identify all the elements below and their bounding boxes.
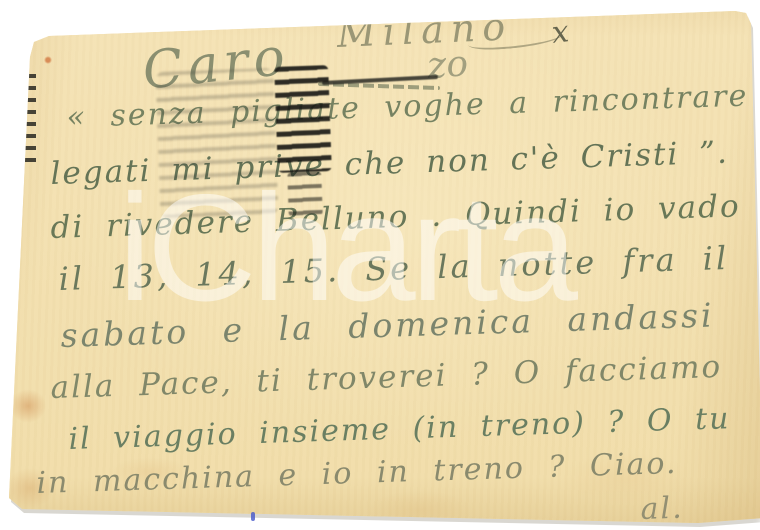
signature: al. <box>640 491 684 527</box>
dateline-check-mark: x <box>550 14 570 51</box>
handwriting-line: legati mi prive che non c'è Cristi ”. <box>50 135 729 192</box>
handwriting-line: il 13, 14, 15. Se la notte fra il <box>58 239 730 298</box>
blue-ink-fleck <box>251 512 255 521</box>
postmark-edge-ticks <box>10 74 36 168</box>
handwriting-line: di rivedere Belluno . Quindi io vado <box>50 188 741 246</box>
postcard: Milano x Caro zo « senza pigliate voghe … <box>0 0 760 530</box>
struck-name-fragment: zo <box>426 43 469 87</box>
handwriting-line: sabato e la domenica andassi <box>60 295 715 355</box>
postcard-scan: Milano x Caro zo « senza pigliate voghe … <box>0 0 760 530</box>
postmark-wavy-lines-tail <box>287 171 323 216</box>
postmark-smudge <box>155 68 278 218</box>
handwriting-line: alla Pace, ti troverei ? O facciamo <box>50 349 723 406</box>
postmark-wavy-lines <box>274 65 332 173</box>
